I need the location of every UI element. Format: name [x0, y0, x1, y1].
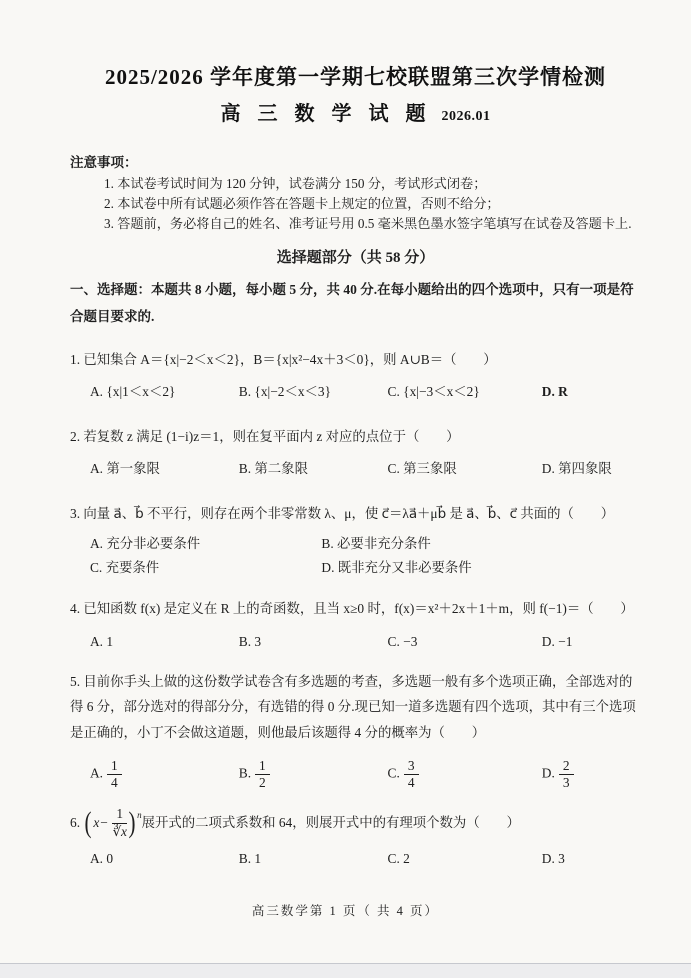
question-2: 2. 若复数 z 满足 (1−i)z＝1，则在复平面内 z 对应的点位于（ ） … [70, 424, 641, 480]
question-5: 5. 目前你手头上做的这份数学试卷含有多选题的考查，多选题一般有多个选项正确，全… [70, 669, 641, 791]
question-4-text: 4. 已知函数 f(x) 是定义在 R 上的奇函数，且当 x≥0 时，f(x)＝… [70, 596, 641, 621]
fraction-denominator: 2 [255, 775, 270, 790]
question-5-option-d-label: D. [542, 766, 555, 781]
question-4-option-a: A. 1 [90, 631, 239, 652]
question-1-option-b: B. {x|−2＜x＜3} [239, 381, 388, 402]
question-3-options: A. 充分非必要条件 B. 必要非充分条件 C. 充要条件 D. 既非充分又非必… [70, 532, 641, 579]
question-3: 3. 向量 a⃗、b⃗ 不平行，则存在两个非零常数 λ、μ，使 c⃗＝λa⃗＋μ… [70, 501, 641, 579]
question-5-text: 5. 目前你手头上做的这份数学试卷含有多选题的考查，多选题一般有多个选项正确，全… [70, 669, 641, 745]
question-1-options: A. {x|1＜x＜2} B. {x|−2＜x＜3} C. {x|−3＜x＜2}… [70, 381, 641, 402]
question-2-text: 2. 若复数 z 满足 (1−i)z＝1，则在复平面内 z 对应的点位于（ ） [70, 424, 641, 449]
scan-bottom-edge [0, 963, 691, 978]
fraction-numerator: 1 [255, 759, 270, 775]
question-4-option-c: C. −3 [388, 631, 542, 652]
question-6-option-d: D. 3 [542, 848, 641, 869]
question-6: 6. ( x− 1∛x ) n 展开式的二项式系数和 64，则展开式中的有理项个… [70, 807, 641, 869]
fraction-numerator: 1 [107, 759, 122, 775]
question-3-text: 3. 向量 a⃗、b⃗ 不平行，则存在两个非零常数 λ、μ，使 c⃗＝λa⃗＋μ… [70, 501, 641, 526]
question-3-option-d: D. 既非充分又非必要条件 [321, 556, 641, 579]
question-3-option-b: B. 必要非充分条件 [321, 532, 641, 555]
formula-x-term: x− [93, 814, 108, 833]
question-6-option-b: B. 1 [239, 848, 388, 869]
exam-paper-page: 2025/2026 学年度第一学期七校联盟第三次学情检测 高 三 数 学 试 题… [0, 0, 691, 964]
fraction: 23 [559, 759, 574, 790]
question-5-option-d: D.23 [542, 759, 641, 790]
question-4-options: A. 1 B. 3 C. −3 D. −1 [70, 631, 641, 652]
question-5-option-b: B.12 [239, 759, 388, 790]
question-6-number: 6. [70, 814, 80, 833]
question-2-option-d: D. 第四象限 [542, 458, 641, 479]
question-2-option-a: A. 第一象限 [90, 458, 239, 479]
question-5-option-c: C.34 [388, 759, 542, 790]
right-paren: ) [129, 808, 136, 838]
fraction-denominator: ∛x [112, 824, 127, 839]
page-footer: 高三数学第 1 页（ 共 4 页） [0, 901, 691, 919]
question-6-options: A. 0 B. 1 C. 2 D. 3 [70, 848, 641, 869]
question-1-option-a: A. {x|1＜x＜2} [90, 381, 239, 402]
fraction-numerator: 1 [112, 807, 127, 823]
scanned-exam-page: { "doc": { "title1": "2025/2026 学年度第一学期七… [0, 0, 691, 978]
question-5-options: A.14 B.12 C.34 D.23 [70, 759, 641, 790]
question-6-option-c: C. 2 [388, 848, 542, 869]
question-3-option-a: A. 充分非必要条件 [90, 532, 321, 555]
notice-item-2: 2. 本试卷中所有试题必须作答在答题卡上规定的位置，否则不给分； [70, 194, 641, 214]
fraction: 14 [107, 759, 122, 790]
question-2-options: A. 第一象限 B. 第二象限 C. 第三象限 D. 第四象限 [70, 458, 641, 479]
question-6-option-a: A. 0 [90, 848, 239, 869]
fraction-denominator: 4 [107, 775, 122, 790]
notice-item-3: 3. 答题前，务必将自己的姓名、准考证号用 0.5 毫米黑色墨水签字笔填写在试卷… [70, 214, 641, 234]
question-2-option-c: C. 第三象限 [388, 458, 542, 479]
fraction-denominator: 4 [404, 775, 419, 790]
question-2-option-b: B. 第二象限 [239, 458, 388, 479]
fraction-numerator: 2 [559, 759, 574, 775]
formula-fraction: 1∛x [112, 807, 127, 838]
fraction-denominator: 3 [559, 775, 574, 790]
question-5-option-a: A.14 [90, 759, 239, 790]
fraction: 34 [404, 759, 419, 790]
question-1-text: 1. 已知集合 A＝{x|−2＜x＜2}，B＝{x|x²−4x＋3＜0}，则 A… [70, 347, 641, 372]
section-heading: 选择题部分（共 58 分） [70, 247, 641, 270]
question-4: 4. 已知函数 f(x) 是定义在 R 上的奇函数，且当 x≥0 时，f(x)＝… [70, 596, 641, 652]
exam-title-line2: 高 三 数 学 试 题2026.01 [70, 101, 641, 127]
question-1: 1. 已知集合 A＝{x|−2＜x＜2}，B＝{x|x²−4x＋3＜0}，则 A… [70, 347, 641, 403]
question-5-option-b-label: B. [239, 766, 251, 781]
notice-heading: 注意事项： [70, 153, 641, 173]
fraction: 12 [255, 759, 270, 790]
fraction-numerator: 3 [404, 759, 419, 775]
notice-item-1: 1. 本试卷考试时间为 120 分钟，试卷满分 150 分，考试形式闭卷； [70, 174, 641, 194]
question-4-option-b: B. 3 [239, 631, 388, 652]
section-one-intro: 一、选择题：本题共 8 小题，每小题 5 分，共 40 分.在每小题给出的四个选… [70, 277, 641, 330]
question-6-text: 6. ( x− 1∛x ) n 展开式的二项式系数和 64，则展开式中的有理项个… [70, 807, 641, 838]
question-1-option-c: C. {x|−3＜x＜2} [388, 381, 542, 402]
question-5-option-c-label: C. [388, 766, 400, 781]
question-1-option-d: D. R [542, 381, 641, 402]
question-4-option-d: D. −1 [542, 631, 641, 652]
question-3-option-c: C. 充要条件 [90, 556, 321, 579]
left-paren: ( [85, 808, 92, 838]
exam-date: 2026.01 [442, 109, 491, 124]
exam-subject-title: 高 三 数 学 试 题 [221, 103, 432, 125]
exam-title-line1: 2025/2026 学年度第一学期七校联盟第三次学情检测 [70, 64, 641, 91]
question-5-option-a-label: A. [90, 766, 103, 781]
question-6-text-rest: 展开式的二项式系数和 64，则展开式中的有理项个数为（ ） [142, 814, 520, 833]
